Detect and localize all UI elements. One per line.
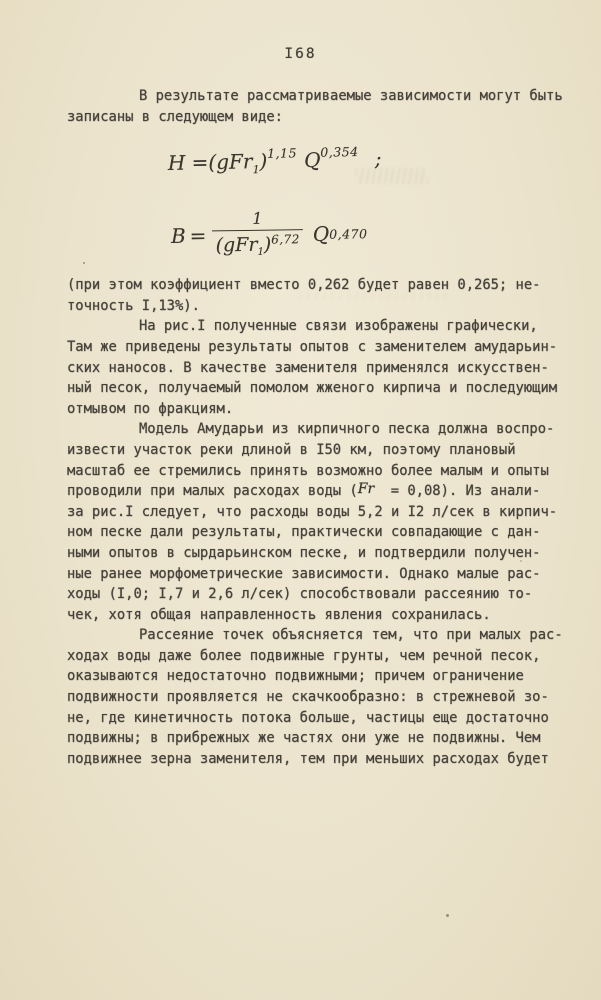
formula-lhs: H = [168,150,209,175]
paragraph-figure-reference: На рис.I полученные связи изображены гра… [67,316,583,419]
text-line: чек, хотя общая направленность явления с… [67,605,583,626]
text-line: ских наносов. В качестве заменителя прим… [67,358,583,379]
text-line: оказываются недостаточно подвижными; при… [67,666,583,687]
text-line: записаны в следующем виде: [67,107,583,128]
text-line: В результате рассматриваемые зависимости… [67,86,583,107]
text-line: извести участок реки длиной в I50 км, по… [67,440,583,461]
formula-base: (gFr [208,149,253,174]
formula-q-exponent: 0,354 [320,144,359,160]
scanned-document-page: I68 В результате рассматриваемые зависим… [0,0,601,1000]
text-line: ном песке дали результаты, практически с… [67,522,583,543]
text-line: Там же приведены результаты опытов с зам… [67,337,583,358]
text-line: Модель Амударьи из кирпичного песка долж… [67,419,583,440]
paragraph-model-description: Модель Амударьи из кирпичного песка долж… [67,419,583,625]
paragraph-intro: В результате рассматриваемые зависимости… [67,86,583,127]
handwritten-froude-symbol: Fr [358,481,374,497]
text-line: ные ранее морфометрические зависимости. … [67,564,583,585]
paragraph-scatter-explanation: Рассеяние точек объясняется тем, что при… [67,625,583,769]
text-line: не, где кинетичность потока больше, част… [67,708,583,729]
formula-q-term: Q [304,148,321,172]
paper-speck [446,914,449,917]
formula-q-term: Q [313,222,330,246]
text-line: подвижны; в прибрежных же частях они уже… [67,728,583,749]
text-line: масштаб ее стремились принять возможно б… [67,461,583,482]
paragraph-coefficient-note: (при этом коэффициент вместо 0,262 будет… [67,275,583,316]
text-line: ходы (I,0; I,7 и 2,6 л/сек) способствова… [67,584,583,605]
text-line: подвижности проявляется не скачкообразно… [67,687,583,708]
paper-speck [520,560,522,562]
text-line: ными опытов в сырдарьинском песке, и под… [67,543,583,564]
text-line: проводили при малых расходах воды (Fr = … [67,481,583,502]
page-content: В результате рассматриваемые зависимости… [67,86,583,769]
fraction-denominator: (gFr1)6,72 [212,230,303,260]
text-line: (при этом коэффициент вместо 0,262 будет… [67,275,583,296]
text-line: подвижнее зерна заменителя, тем при мень… [67,749,583,770]
text-line: за рис.I следует, что расходы воды 5,2 и… [67,502,583,523]
formula-q-exponent: 0,470 [329,226,368,242]
formula-H-equation: H =(gFr1)1,15Q0,354; [168,140,584,193]
paper-speck [83,262,85,264]
text-line: На рис.I полученные связи изображены гра… [67,316,583,337]
page-number: I68 [0,46,601,62]
text-line: ный песок, получаемый помолом жженого ки… [67,378,583,399]
formula-exponent: 6,72 [271,233,300,247]
formula-base: (gFr [215,234,257,257]
text-segment: проводили при малых расходах воды ( [67,483,358,499]
text-line: ходах воды даже более подвижные грунты, … [67,646,583,667]
formula-semicolon: ; [375,147,382,171]
text-line: точность I,13%). [67,296,583,317]
text-line: Рассеяние точек объясняется тем, что при… [67,625,583,646]
fraction: 1 (gFr1)6,72 [212,211,303,260]
fraction-numerator: 1 [252,211,262,230]
formula-exponent: 1,15 [267,145,297,161]
text-segment: = 0,08). Из анали- [374,483,540,499]
text-line: отмывом по фракциям. [67,399,583,420]
formula-B-equation: B = 1 (gFr1)6,72 Q0,470 [171,200,584,266]
formula-lhs: B [171,224,186,248]
equals-sign: = [190,224,207,248]
